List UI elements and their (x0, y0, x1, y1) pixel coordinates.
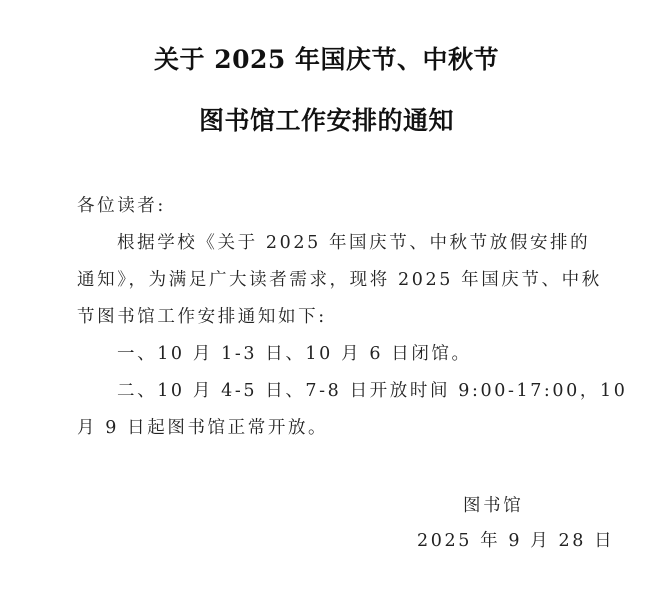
body-line-3: 节图书馆工作安排通知如下: (77, 305, 327, 329)
signature-date: 2025 年 9 月 28 日 (417, 529, 614, 553)
item-two: 二、10 月 4-5 日、7-8 日开放时间 9:00-17:00，10 (117, 379, 627, 403)
body-line-2: 通知》，为满足广大读者需求，现将 2025 年国庆节、中秋 (77, 268, 602, 292)
item-two-continued: 月 9 日起图书馆正常开放。 (77, 416, 328, 440)
notice-title-line-1: 关于 2025 年国庆节、中秋节 (0, 45, 653, 75)
notice-title-line-2: 图书馆工作安排的通知 (0, 106, 653, 136)
salutation: 各位读者: (77, 194, 166, 218)
body-line-1: 根据学校《关于 2025 年国庆节、中秋节放假安排的 (117, 231, 590, 255)
item-one: 一、10 月 1-3 日、10 月 6 日闭馆。 (117, 342, 472, 366)
signature-org: 图书馆 (463, 494, 523, 518)
